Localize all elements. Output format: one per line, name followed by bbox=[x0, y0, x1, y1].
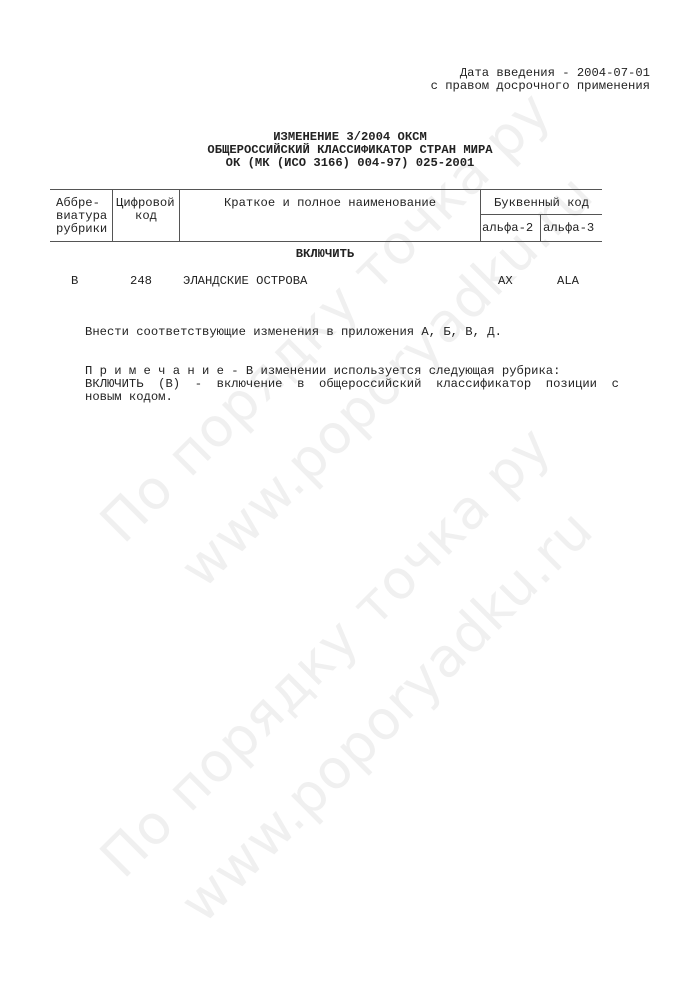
header-digital-line2: код bbox=[114, 210, 178, 223]
classifier-code: ОК (МК (ИСО 3166) 004-97) 025-2001 bbox=[0, 157, 700, 170]
table-top-border bbox=[50, 189, 602, 190]
header-table: Аббре- виатура рубрики Цифровой код Крат… bbox=[50, 189, 602, 241]
letter-code-divider bbox=[480, 214, 602, 215]
header-alpha2: альфа-2 bbox=[482, 222, 533, 235]
table-bottom-border bbox=[50, 241, 602, 242]
watermark-url-2: www.poporyadku.ru bbox=[168, 497, 605, 934]
col-divider-1 bbox=[112, 189, 113, 241]
row-alpha2: AX bbox=[498, 275, 513, 288]
row-digital-code: 248 bbox=[130, 275, 152, 288]
section-label-include: ВКЛЮЧИТЬ bbox=[0, 248, 650, 261]
note-text: - В изменении используется следующая руб… bbox=[224, 364, 560, 378]
row-alpha3: ALA bbox=[557, 275, 579, 288]
header-alpha3: альфа-3 bbox=[543, 222, 594, 235]
instruction-text: Внести соответствующие изменения в прило… bbox=[85, 326, 502, 339]
col-divider-4 bbox=[540, 214, 541, 241]
header-letter-code: Буквенный код bbox=[481, 197, 602, 210]
note-label: П р и м е ч а н и е bbox=[85, 364, 224, 378]
early-application-note: с правом досрочного применения bbox=[431, 80, 650, 93]
watermark-text-2: По порядку точка ру bbox=[88, 414, 564, 890]
row-name: ЭЛАНДСКИЕ ОСТРОВА bbox=[183, 275, 307, 288]
header-abbr-line3: рубрики bbox=[56, 223, 107, 236]
header-name: Краткое и полное наименование bbox=[180, 197, 480, 210]
note-line-3: новым кодом. bbox=[85, 391, 173, 404]
row-abbr: В bbox=[71, 275, 78, 288]
